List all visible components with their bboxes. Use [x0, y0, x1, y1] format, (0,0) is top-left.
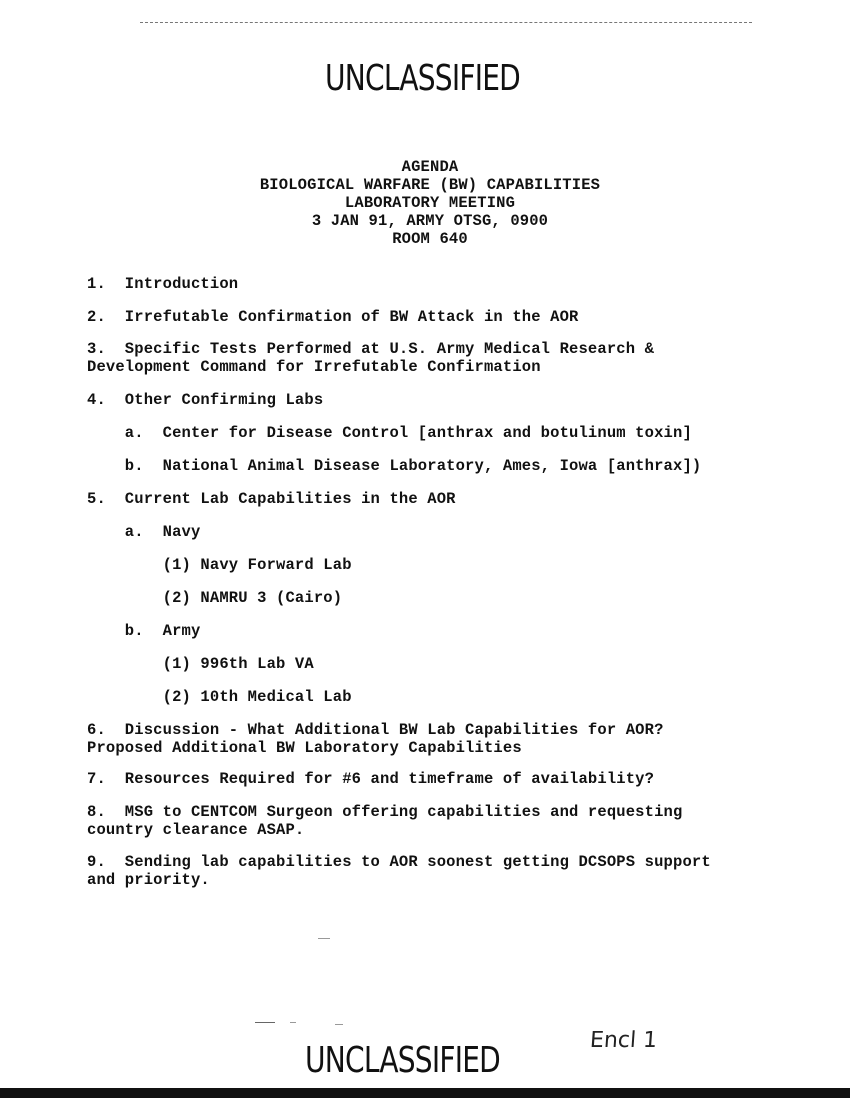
- scan-speck: [255, 1022, 275, 1023]
- handwritten-enclosure-note: Encl 1: [589, 1028, 658, 1053]
- agenda-item-5a1: (1) Navy Forward Lab: [87, 556, 352, 574]
- agenda-item-3: 3. Specific Tests Performed at U.S. Army…: [87, 340, 654, 376]
- classification-top: UNCLASSIFIED: [325, 58, 520, 99]
- header-title: AGENDA: [0, 158, 850, 176]
- header-subject: BIOLOGICAL WARFARE (BW) CAPABILITIES: [0, 176, 850, 194]
- agenda-item-7: 7. Resources Required for #6 and timefra…: [87, 770, 654, 788]
- agenda-item-8: 8. MSG to CENTCOM Surgeon offering capab…: [87, 803, 682, 839]
- agenda-item-1: 1. Introduction: [87, 275, 238, 293]
- agenda-item-5a: a. Navy: [87, 523, 200, 541]
- header-room: ROOM 640: [0, 230, 850, 248]
- agenda-item-5b1: (1) 996th Lab VA: [87, 655, 314, 673]
- scan-top-rule: [140, 22, 752, 23]
- classification-bottom: UNCLASSIFIED: [305, 1040, 500, 1081]
- agenda-item-6: 6. Discussion - What Additional BW Lab C…: [87, 721, 664, 757]
- scan-bottom-edge: [0, 1088, 850, 1098]
- agenda-item-5b2: (2) 10th Medical Lab: [87, 688, 352, 706]
- header-meeting: LABORATORY MEETING: [0, 194, 850, 212]
- agenda-item-9: 9. Sending lab capabilities to AOR soone…: [87, 853, 711, 889]
- agenda-item-5b: b. Army: [87, 622, 200, 640]
- scan-speck: [290, 1022, 296, 1023]
- header-date-location: 3 JAN 91, ARMY OTSG, 0900: [0, 212, 850, 230]
- agenda-header: AGENDA BIOLOGICAL WARFARE (BW) CAPABILIT…: [0, 158, 850, 248]
- agenda-item-5: 5. Current Lab Capabilities in the AOR: [87, 490, 456, 508]
- agenda-item-5a2: (2) NAMRU 3 (Cairo): [87, 589, 342, 607]
- scan-speck: [318, 938, 330, 939]
- scan-speck: [335, 1024, 343, 1025]
- agenda-item-2: 2. Irrefutable Confirmation of BW Attack…: [87, 308, 578, 326]
- agenda-item-4b: b. National Animal Disease Laboratory, A…: [87, 457, 701, 475]
- agenda-item-4a: a. Center for Disease Control [anthrax a…: [87, 424, 692, 442]
- agenda-item-4: 4. Other Confirming Labs: [87, 391, 323, 409]
